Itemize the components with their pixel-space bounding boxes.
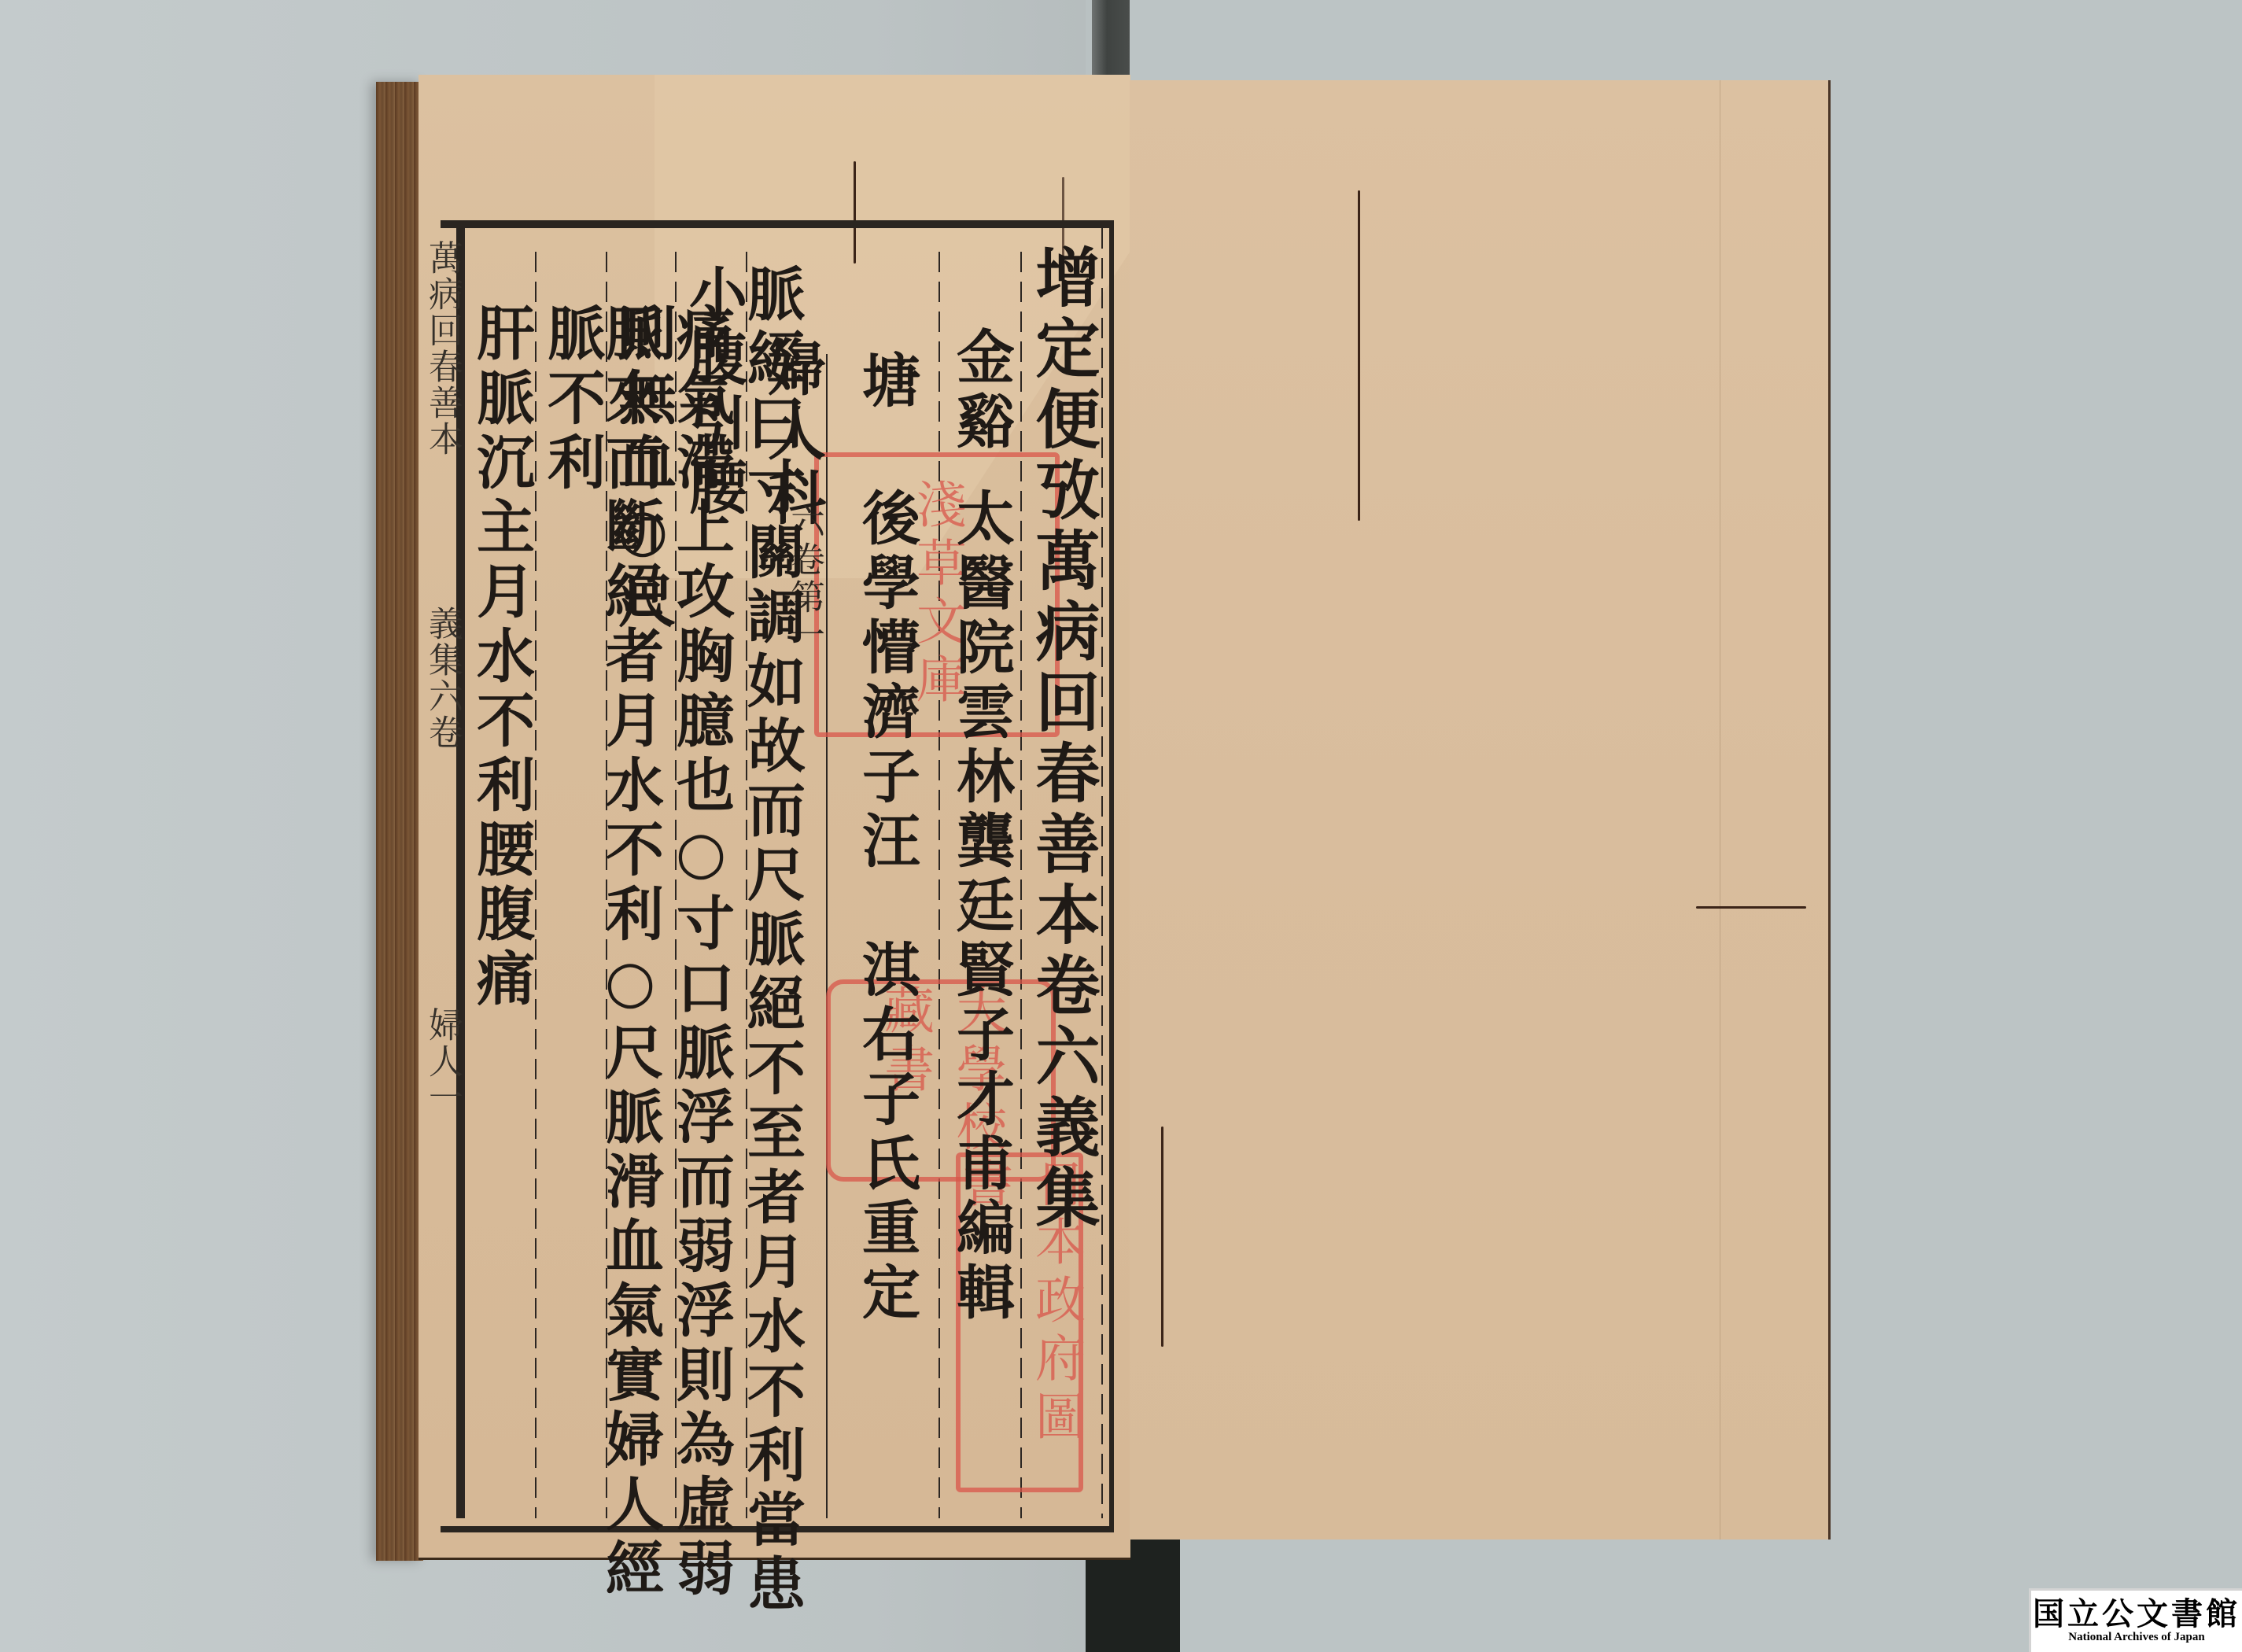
title-column: 增定便攷萬病回春善本卷六義集 — [1031, 244, 1095, 1235]
page-stack-edge — [376, 82, 423, 1561]
column-rule — [535, 252, 537, 1518]
body-column-4: 肝脈沉主月水不利腰腹痛 — [472, 303, 530, 1012]
paper-crease — [1161, 1127, 1163, 1347]
column-rule — [1101, 228, 1103, 1518]
national-archives-watermark: 国立公文書館 National Archives of Japan — [2029, 1588, 2242, 1652]
right-page-blank — [1130, 80, 1831, 1540]
body-column-3: 脈來而斷絕者月水不利○尺脈滑血氣實婦人經脈不利 — [543, 303, 659, 1652]
margin-rule — [463, 228, 465, 1518]
right-page-flap — [1720, 80, 1829, 1540]
paper-crease — [1358, 190, 1360, 521]
paper-tear — [1696, 906, 1806, 909]
margin-section: 婦人一 — [425, 1007, 459, 1115]
watermark-en: National Archives of Japan — [2068, 1630, 2205, 1644]
author-place-2: 塘 — [857, 350, 916, 415]
margin-volume: 義集六卷 — [425, 606, 459, 750]
author-place-1: 金谿 — [952, 326, 1010, 455]
author-line-1: 太醫院雲林龔廷賢子才甫編輯 — [952, 488, 1010, 1326]
margin-book-title: 萬病回春善本 — [425, 240, 459, 457]
column-rule — [938, 252, 940, 1518]
red-seal-square: 淺草文庫 — [814, 452, 1060, 737]
watermark-jp: 国立公文書館 — [2033, 1599, 2240, 1630]
author-line-2: 後學懵濟子汪 淇右子氏重定 — [857, 488, 916, 1326]
